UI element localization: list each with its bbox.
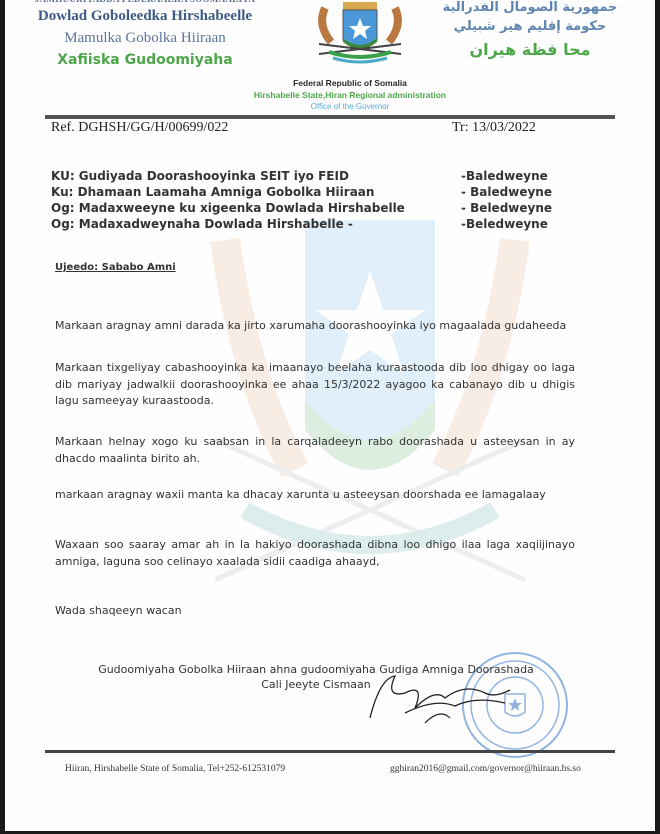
letterhead-subheader: Federal Republic of Somalia Hirshabelle …	[225, 78, 475, 111]
subheader-line2: Hirshabelle State,Hiran Regional adminis…	[225, 90, 475, 100]
subheader-line1: Federal Republic of Somalia	[225, 78, 475, 88]
letter-page: JAMHUURIYADDA FEDERAALKA SOOMAALIYA Dowl…	[5, 0, 655, 831]
letterhead-left: JAMHUURIYADDA FEDERAALKA SOOMAALIYA Dowl…	[25, 0, 265, 68]
reference-number: Ref. DGHSH/GG/H/00699/022	[51, 120, 228, 136]
letterhead-right-line3: محا فظة هيران	[425, 40, 635, 59]
recipient-name: Og: Madaxweeyne ku xigeenka Dowlada Hirs…	[51, 200, 451, 216]
recipient-name: Og: Madaxadweynaha Dowlada Hirshabelle -	[51, 216, 451, 232]
watermark-emblem-icon	[205, 180, 535, 640]
closing-line: Wada shaqeeyn wacan	[55, 603, 575, 620]
recipient-row: Og: Madaxweeyne ku xigeenka Dowlada Hirs…	[51, 200, 571, 216]
body-paragraph: Markaan tixgeliyay cabashooyinka ka imaa…	[55, 360, 575, 410]
recipient-row: Og: Madaxadweynaha Dowlada Hirshabelle -…	[51, 216, 571, 232]
recipient-name: KU: Gudiyada Doorashooyinka SEIT iyo FEI…	[51, 168, 451, 184]
body-paragraph: markaan aragnay waxii manta ka dhacay xa…	[55, 487, 575, 504]
letterhead-right-line2: حكومة إقليم هير شبيلي	[425, 19, 635, 34]
recipient-location: - Baledweyne	[461, 184, 571, 200]
footer-email: gghiran2016@gmail.com/governor@hiiraan.h…	[390, 764, 581, 774]
letterhead-left-line3: Mamulka Gobolka Hiiraan	[25, 30, 265, 47]
recipient-row: Ku: Dhamaan Laamaha Amniga Gobolka Hiira…	[51, 184, 571, 200]
coat-of-arms-icon	[295, 0, 425, 72]
header-divider	[45, 115, 615, 119]
recipient-list: KU: Gudiyada Doorashooyinka SEIT iyo FEI…	[51, 168, 571, 232]
recipient-row: KU: Gudiyada Doorashooyinka SEIT iyo FEI…	[51, 168, 571, 184]
recipient-location: - Beledweyne	[461, 200, 571, 216]
recipient-location: -Beledweyne	[461, 216, 571, 232]
letter-date: Tr: 13/03/2022	[452, 120, 536, 136]
letter-subject: Ujeedo: Sababo Amni	[55, 262, 176, 273]
letterhead-left-line4: Xafiiska Gudoomiyaha	[25, 52, 265, 68]
letterhead-right: جمهورية الصومال الفدرالية حكومة إقليم هي…	[425, 0, 635, 59]
letterhead-left-line2: Dowlad Goboleedka Hirshabeelle	[25, 8, 265, 25]
recipient-name: Ku: Dhamaan Laamaha Amniga Gobolka Hiira…	[51, 184, 451, 200]
footer-address: Hiiran, Hirshabelle State of Somalia, Te…	[65, 764, 285, 774]
subheader-line3: Office of the Governor	[225, 102, 475, 111]
handwritten-signature-icon	[365, 668, 515, 728]
recipient-location: -Baledweyne	[461, 168, 571, 184]
letterhead-left-line1: JAMHUURIYADDA FEDERAALKA SOOMAALIYA	[25, 0, 265, 4]
body-paragraph: Markaan aragnay amni darada ka jirto xar…	[55, 318, 575, 335]
body-paragraph: Waxaan soo saaray amar ah in la hakiyo d…	[55, 537, 575, 570]
letterhead-right-line1: جمهورية الصومال الفدرالية	[425, 0, 635, 15]
footer-divider	[45, 750, 615, 753]
body-paragraph: Markaan helnay xogo ku saabsan in la car…	[55, 434, 575, 467]
